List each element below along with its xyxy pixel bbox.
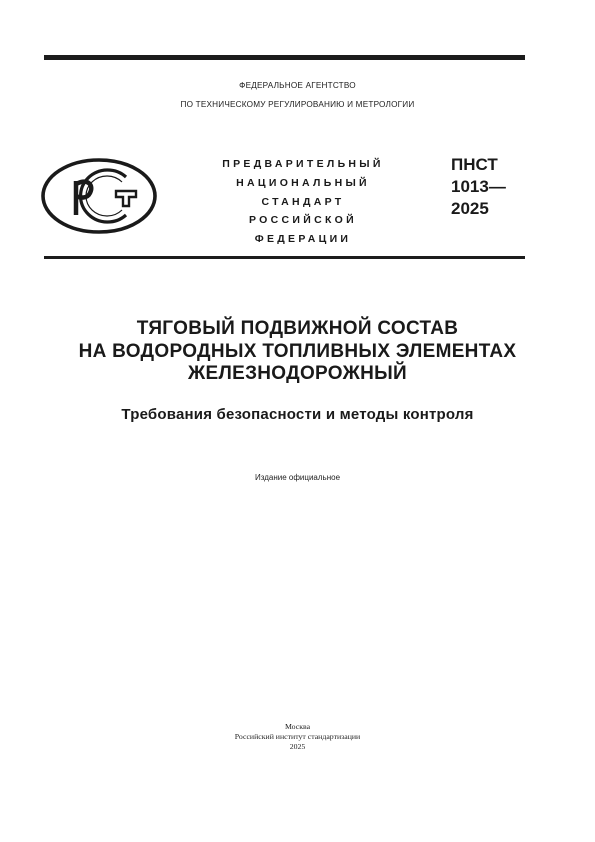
document-title-line: ТЯГОВЫЙ ПОДВИЖНОЙ СОСТАВ (0, 318, 595, 341)
document-title-line: ЖЕЛЕЗНОДОРОЖНЫЙ (0, 363, 595, 386)
standard-code-year: 2025 (451, 198, 506, 220)
standard-type-line: ПРЕДВАРИТЕЛЬНЫЙ (188, 155, 418, 174)
document-subtitle: Требования безопасности и методы контрол… (0, 406, 595, 423)
standard-code-prefix: ПНСТ (451, 154, 506, 176)
standard-type: ПРЕДВАРИТЕЛЬНЫЙ НАЦИОНАЛЬНЫЙ СТАНДАРТ РО… (188, 155, 418, 249)
document-title: ТЯГОВЫЙ ПОДВИЖНОЙ СОСТАВ НА ВОДОРОДНЫХ Т… (0, 318, 595, 386)
middle-rule (44, 256, 525, 259)
imprint-year: 2025 (0, 742, 595, 752)
imprint-city: Москва (0, 722, 595, 732)
agency-name-line2: ПО ТЕХНИЧЕСКОМУ РЕГУЛИРОВАНИЮ И МЕТРОЛОГ… (0, 100, 595, 109)
agency-name-line1: ФЕДЕРАЛЬНОЕ АГЕНТСТВО (0, 81, 595, 90)
standard-type-line: СТАНДАРТ (188, 193, 418, 212)
standard-code-number: 1013— (451, 176, 506, 198)
standard-type-line: НАЦИОНАЛЬНЫЙ (188, 174, 418, 193)
document-title-line: НА ВОДОРОДНЫХ ТОПЛИВНЫХ ЭЛЕМЕНТАХ (0, 341, 595, 364)
gost-r-logo-icon (40, 157, 158, 235)
standard-type-line: ФЕДЕРАЦИИ (188, 230, 418, 249)
imprint-publisher: Российский институт стандартизации (0, 732, 595, 742)
standard-code: ПНСТ 1013— 2025 (451, 154, 506, 220)
edition-note: Издание официальное (0, 473, 595, 482)
standard-type-line: РОССИЙСКОЙ (188, 211, 418, 230)
imprint: Москва Российский институт стандартизаци… (0, 722, 595, 752)
top-rule (44, 55, 525, 60)
